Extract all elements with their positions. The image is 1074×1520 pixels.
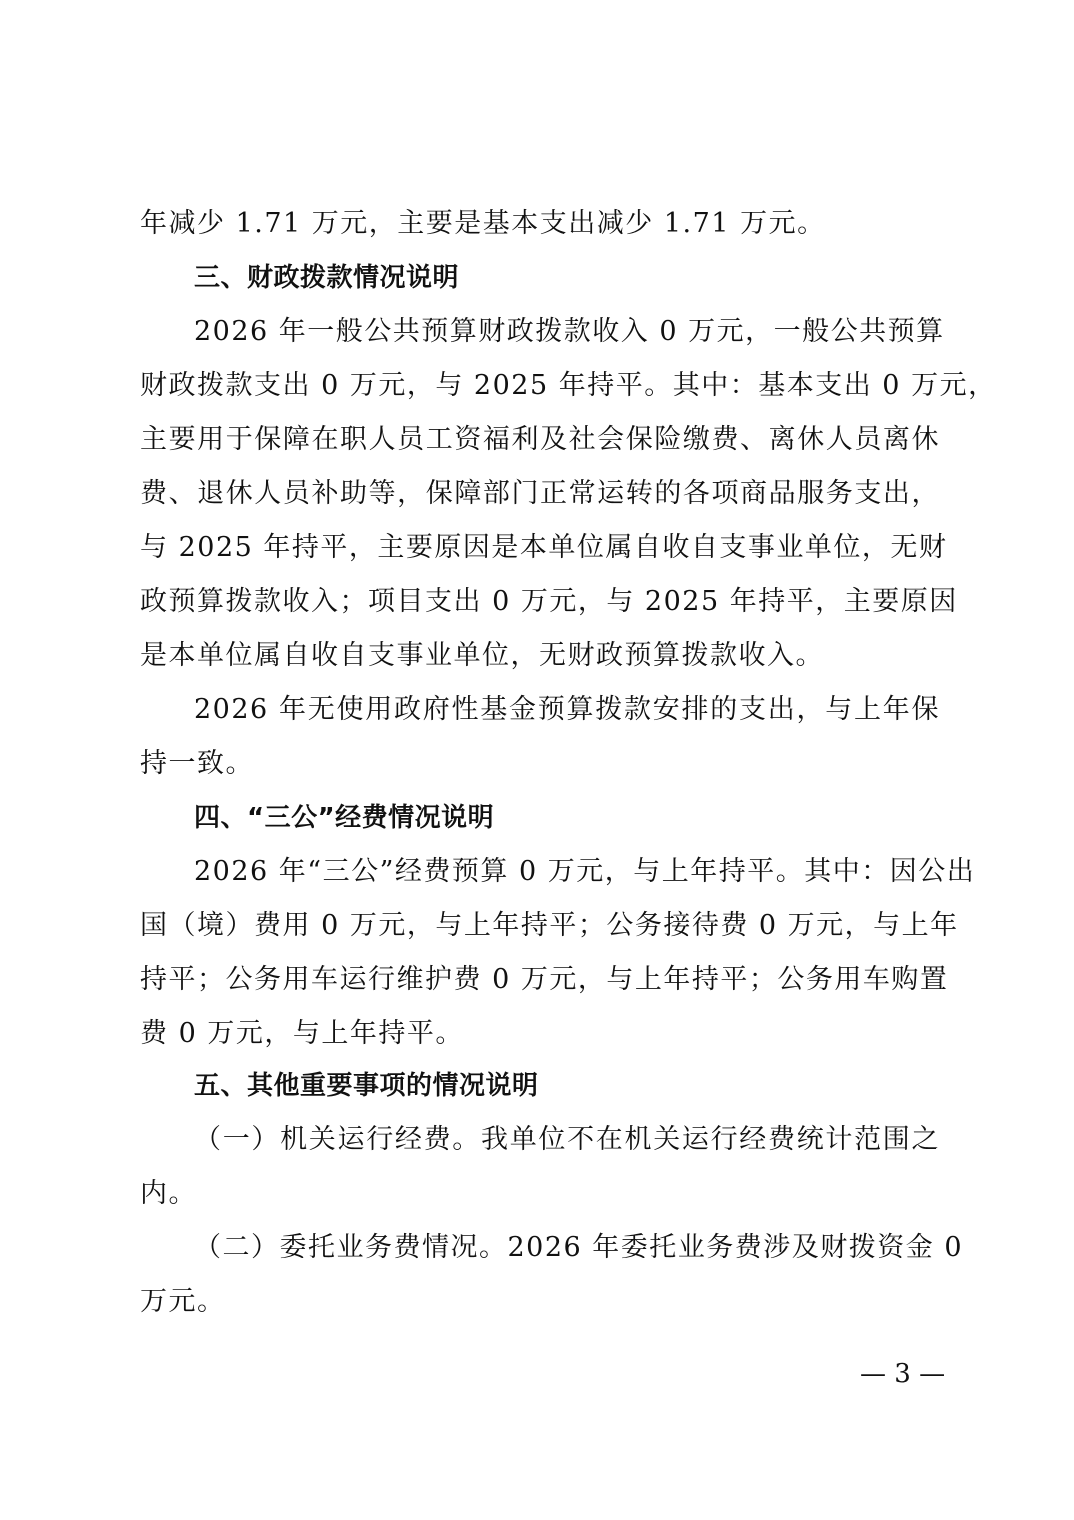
paragraph-line: 主要用于保障在职人员工资福利及社会保险缴费、离休人员离休 [140,422,940,458]
paragraph-line: 2026 年“三公”经费预算 0 万元，与上年持平。其中：因公出 [194,854,940,890]
paragraph-line: 财政拨款支出 0 万元，与 2025 年持平。其中：基本支出 0 万元， [140,368,940,404]
paragraph-line: （一）机关运行经费。我单位不在机关运行经费统计范围之 [194,1122,940,1158]
paragraph-line: 万元。 [140,1284,940,1320]
paragraph-line: 是本单位属自收自支事业单位，无财政预算拨款收入。 [140,638,940,674]
paragraph-line: 费、退休人员补助等，保障部门正常运转的各项商品服务支出， [140,476,940,512]
paragraph-line: （二）委托业务费情况。2026 年委托业务费涉及财拨资金 0 [194,1230,940,1266]
paragraph-line: 与 2025 年持平，主要原因是本单位属自收自支事业单位，无财 [140,530,940,566]
paragraph-line: 政预算拨款收入；项目支出 0 万元，与 2025 年持平，主要原因 [140,584,940,620]
section-heading-other-matters: 五、其他重要事项的情况说明 [194,1068,940,1104]
document-page: 年减少 1.71 万元，主要是基本支出减少 1.71 万元。 三、财政拨款情况说… [0,0,1074,1520]
paragraph-line: 2026 年无使用政府性基金预算拨款安排的支出，与上年保 [194,692,940,728]
paragraph-line: 费 0 万元，与上年持平。 [140,1016,940,1052]
paragraph-line: 持平；公务用车运行维护费 0 万元，与上年持平；公务用车购置 [140,962,940,998]
paragraph-line: 2026 年一般公共预算财政拨款收入 0 万元，一般公共预算 [194,314,940,350]
section-heading-fiscal-appropriation: 三、财政拨款情况说明 [194,260,940,296]
section-heading-three-public-expenses: 四、“三公”经费情况说明 [194,800,940,836]
page-number: — 3 — [860,1356,940,1392]
paragraph-line: 持一致。 [140,746,940,782]
paragraph-line: 内。 [140,1176,940,1212]
paragraph-line: 国（境）费用 0 万元，与上年持平；公务接待费 0 万元，与上年 [140,908,940,944]
paragraph-line: 年减少 1.71 万元，主要是基本支出减少 1.71 万元。 [140,206,940,242]
